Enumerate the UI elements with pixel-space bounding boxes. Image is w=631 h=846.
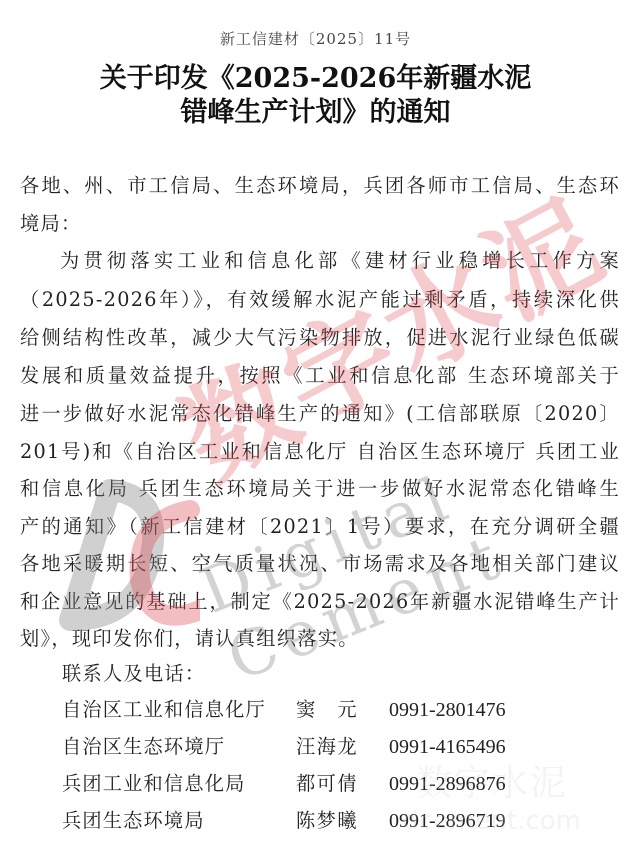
contact-phone: 0991-2896876 — [389, 772, 506, 796]
body-line-10: 和企业意见的基础上，制定《2025-2026年新疆水泥错峰生产计 — [20, 590, 620, 614]
contact-phone: 0991-2896719 — [389, 809, 506, 833]
contact-org: 兵团工业和信息化局 — [62, 772, 246, 796]
document-number: 新工信建材〔2025〕11号 — [0, 28, 631, 49]
document-page: 新工信建材〔2025〕11号 关于印发《2025-2026年新疆水泥 错峰生产计… — [0, 0, 631, 846]
contact-org: 自治区工业和信息化厅 — [62, 698, 266, 722]
body-line-1: 为贯彻落实工业和信息化部《建材行业稳增长工作方案 — [60, 249, 620, 273]
salutation-line-1: 各地、州、市工信局、生态环境局，兵团各师市工信局、生态环 — [20, 174, 620, 198]
body-line-7: 和信息化局 兵团生态环境局关于进一步做好水泥常态化错峰生 — [20, 477, 620, 501]
body-line-11: 划》，现印发你们，请认真组织落实。 — [20, 627, 620, 651]
contact-org: 兵团生态环境局 — [62, 809, 205, 833]
contact-phone: 0991-2801476 — [389, 698, 506, 722]
contact-name: 窦 元 — [296, 698, 358, 722]
contacts-heading: 联系人及电话： — [62, 662, 622, 686]
contact-name: 陈梦曦 — [296, 809, 358, 833]
contact-org: 自治区生态环境厅 — [62, 735, 225, 759]
salutation-line-2: 境局： — [20, 212, 620, 236]
body-line-2: （2025-2026年）》，有效缓解水泥产能过剩矛盾，持续深化供 — [20, 288, 620, 312]
body-line-4: 发展和质量效益提升，按照《工业和信息化部 生态环境部关于 — [20, 364, 620, 388]
body-line-5: 进一步做好水泥常态化错峰生产的通知》(工信部联原〔2020〕 — [20, 402, 620, 426]
contact-name: 汪海龙 — [296, 735, 358, 759]
document-title-line-2: 错峰生产计划》的通知 — [0, 90, 631, 129]
body-line-8: 产的通知》（新工信建材〔2021〕1号）要求，在充分调研全疆 — [20, 515, 620, 539]
body-line-3: 给侧结构性改革，减少大气污染物排放，促进水泥行业绿色低碳 — [20, 326, 620, 350]
body-line-6: 201号)和《自治区工业和信息化厅 自治区生态环境厅 兵团工业 — [20, 440, 620, 464]
contact-name: 都可倩 — [296, 772, 358, 796]
body-line-9: 各地采暖期长短、空气质量状况、市场需求及各地相关部门建议 — [20, 552, 620, 576]
contact-phone: 0991-4165496 — [389, 735, 506, 759]
